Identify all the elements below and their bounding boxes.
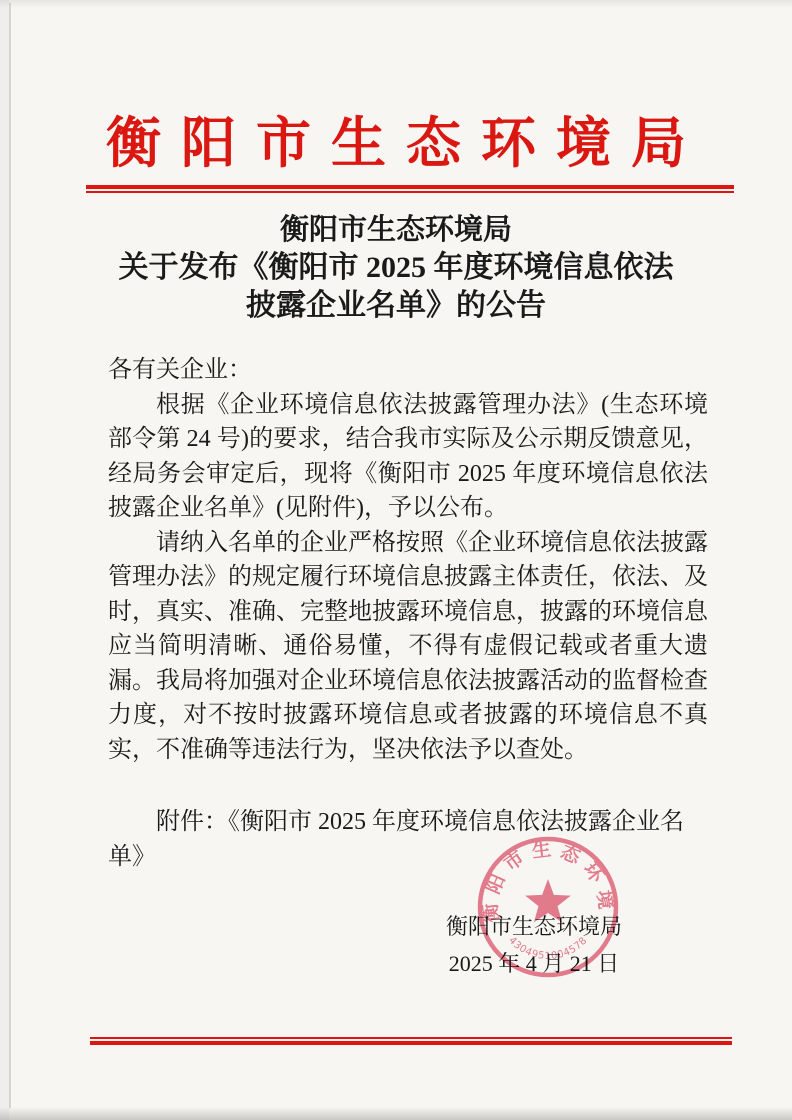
divider-thin-line — [86, 191, 734, 193]
seal-code-number: 4304951004578 — [506, 935, 590, 962]
title-issuing-org: 衡阳市生态环境局 — [0, 211, 792, 249]
document-body: 各有关企业： 根据《企业环境信息依法披露管理办法》(生态环境部令第 24 号)的… — [108, 353, 708, 767]
footer-divider-rule — [90, 1037, 732, 1045]
body-paragraph-1: 根据《企业环境信息依法披露管理办法》(生态环境部令第 24 号)的要求，结合我市… — [108, 388, 708, 526]
scan-paper-edge-left — [9, 3, 11, 1108]
letterhead-divider-rule — [86, 185, 734, 193]
scan-paper-edge-top — [0, 0, 792, 8]
title-line-2: 披露企业名单》的公告 — [0, 287, 792, 325]
scanned-official-document: 衡阳市生态环境局 衡阳市生态环境局 关于发布《衡阳市 2025 年度环境信息依法… — [0, 0, 792, 1120]
salutation-line: 各有关企业： — [108, 353, 708, 388]
seal-graphic: 衡阳市生态环境局 4304951004578 — [473, 832, 623, 982]
letterhead-agency-name: 衡阳市生态环境局 — [0, 0, 792, 171]
seal-star-icon — [525, 879, 571, 922]
footer-thick-line — [90, 1041, 732, 1045]
scan-paper-edge-bottom — [0, 1107, 792, 1120]
official-red-seal: 衡阳市生态环境局 4304951004578 — [473, 832, 623, 982]
body-paragraph-2: 请纳入名单的企业严格按照《企业环境信息依法披露管理办法》的规定履行环境信息披露主… — [108, 526, 708, 768]
scan-left-margin — [0, 0, 9, 1120]
document-title: 衡阳市生态环境局 关于发布《衡阳市 2025 年度环境信息依法 披露企业名单》的… — [0, 211, 792, 325]
title-line-1: 关于发布《衡阳市 2025 年度环境信息依法 — [0, 249, 792, 287]
